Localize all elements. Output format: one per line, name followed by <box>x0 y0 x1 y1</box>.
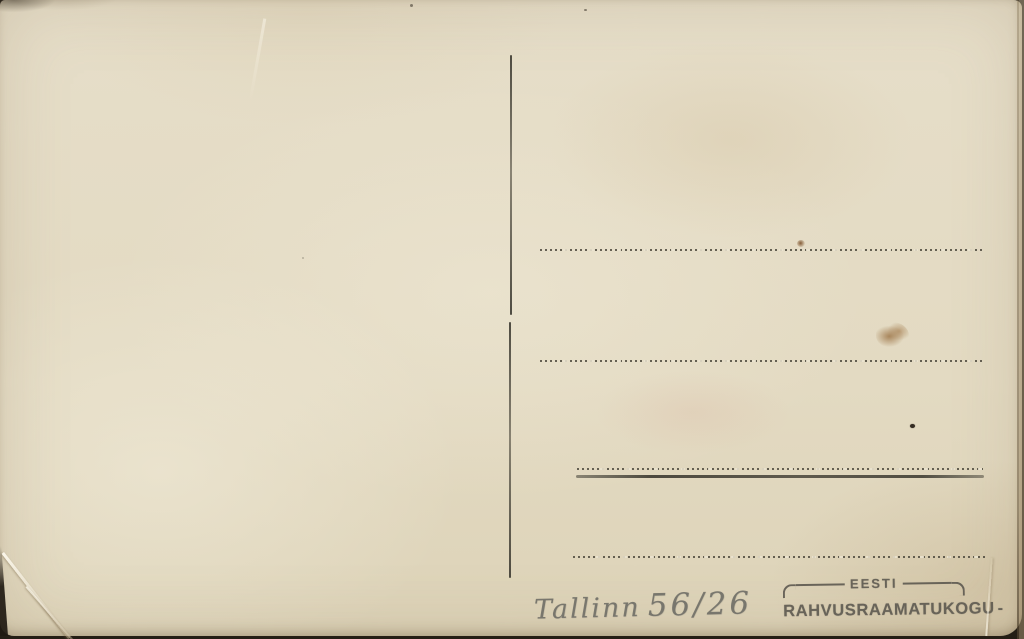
divider-line-upper <box>510 55 512 315</box>
handwriting-number: 56/26 <box>647 585 752 624</box>
paper-speck <box>302 257 304 259</box>
bottom-left-corner-crease-2 <box>25 586 74 639</box>
bottom-right-corner-crease <box>985 558 992 636</box>
handwriting-note: Tallinn 56/26 <box>534 585 753 626</box>
stamp-institution-label: RAHVUSRAAMATUKOGU <box>783 599 995 620</box>
paper-speck <box>410 4 413 7</box>
paper-speck <box>584 9 587 11</box>
stamp-bracket-line-right <box>903 582 952 585</box>
right-edge-line <box>1017 0 1019 639</box>
stamp-bracket-right-hook <box>952 582 965 596</box>
stain-dot-dark <box>910 424 915 428</box>
stamp-bracket-left-hook <box>783 584 796 598</box>
divider-line-lower <box>509 322 511 578</box>
stamp-bracket-line-left <box>796 583 845 586</box>
stamp-bracket: EESTI <box>783 582 965 601</box>
right-edge-margin <box>1019 0 1024 639</box>
address-line-4 <box>573 556 987 558</box>
scanned-postcard-scene: Tallinn 56/26 EESTI RAHVUSRAAMATUKOGU- <box>0 0 1024 639</box>
top-left-smudge <box>0 0 120 30</box>
stamp-mark: - <box>998 600 1004 617</box>
stamp-country-label: EESTI <box>845 576 903 592</box>
stain-dot-brown <box>797 240 805 247</box>
top-left-crease <box>249 18 267 101</box>
postcard-paper: Tallinn 56/26 EESTI RAHVUSRAAMATUKOGU- <box>0 0 1022 636</box>
stamp-institution-row: RAHVUSRAAMATUKOGU- <box>783 600 965 622</box>
handwriting-place: Tallinn <box>534 592 641 626</box>
library-stamp: EESTI RAHVUSRAAMATUKOGU- <box>783 582 965 622</box>
address-line-1 <box>540 249 983 251</box>
address-line-heavy <box>576 475 984 478</box>
address-line-3 <box>577 468 983 470</box>
stain-large-brown <box>876 322 909 348</box>
address-line-2 <box>540 360 984 362</box>
